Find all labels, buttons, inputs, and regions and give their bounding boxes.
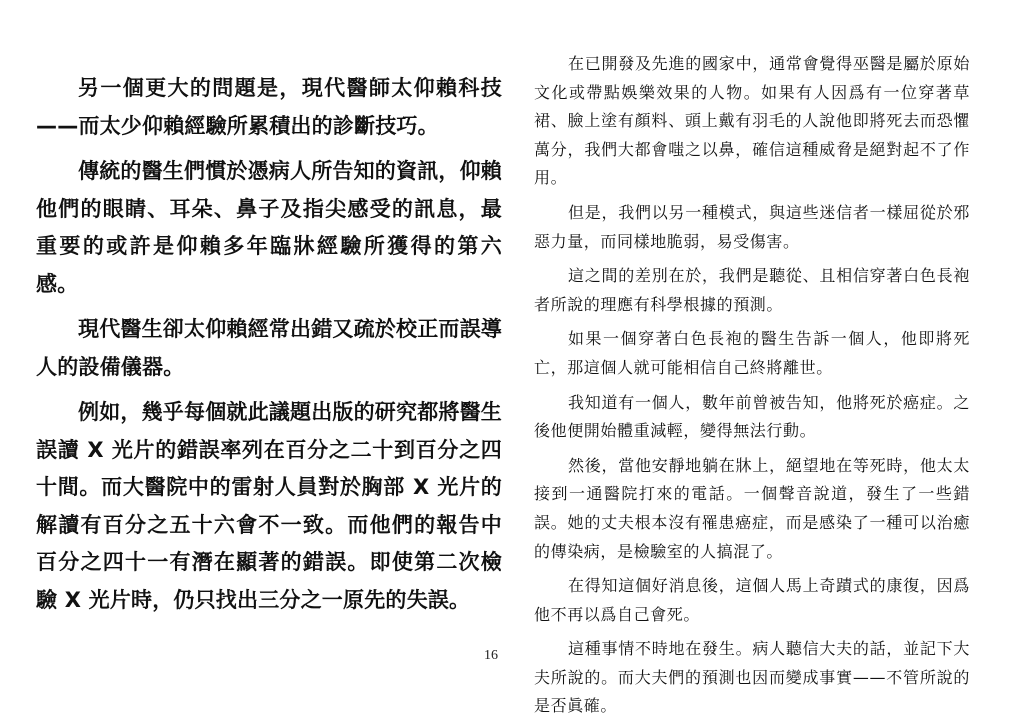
paragraph: 然後，當他安靜地躺在牀上，絕望地在等死時，他太太接到一通醫院打來的電話。一個聲音… (534, 452, 970, 566)
paragraph: 另一個更大的問題是，現代醫師太仰賴科技——而太少仰賴經驗所累積出的診斷技巧。 (36, 70, 502, 145)
right-page: 在已開發及先進的國家中，通常會覺得巫醫是屬於原始文化或帶點娛樂效果的人物。如果有… (534, 50, 970, 724)
paragraph: 現代醫生卻太仰賴經常出錯又疏於校正而誤導人的設備儀器。 (36, 311, 502, 386)
left-page: 另一個更大的問題是，現代醫師太仰賴科技——而太少仰賴經驗所累積出的診斷技巧。 傳… (36, 70, 502, 627)
paragraph: 在已開發及先進的國家中，通常會覺得巫醫是屬於原始文化或帶點娛樂效果的人物。如果有… (534, 50, 970, 193)
paragraph: 這之間的差別在於，我們是聽從、且相信穿著白色長袍者所說的理應有科學根據的預測。 (534, 262, 970, 319)
page-number: 16 (484, 648, 498, 664)
paragraph: 但是，我們以另一種模式，與這些迷信者一樣屈從於邪惡力量，而同樣地脆弱，易受傷害。 (534, 199, 970, 256)
paragraph: 例如，幾乎每個就此議題出版的研究都將醫生誤讀 X 光片的錯誤率列在百分之二十到百… (36, 394, 502, 619)
paragraph: 如果一個穿著白色長袍的醫生告訴一個人，他即將死亡，那這個人就可能相信自己終將離世… (534, 325, 970, 382)
paragraph: 我知道有一個人，數年前曾被告知，他將死於癌症。之後他便開始體重減輕，變得無法行動… (534, 389, 970, 446)
paragraph: 在得知這個好消息後，這個人馬上奇蹟式的康復，因爲他不再以爲自己會死。 (534, 572, 970, 629)
paragraph: 傳統的醫生們慣於憑病人所告知的資訊，仰賴他們的眼睛、耳朵、鼻子及指尖感受的訊息，… (36, 153, 502, 303)
paragraph: 這種事情不時地在發生。病人聽信大夫的話，並記下大夫所說的。而大夫們的預測也因而變… (534, 635, 970, 721)
